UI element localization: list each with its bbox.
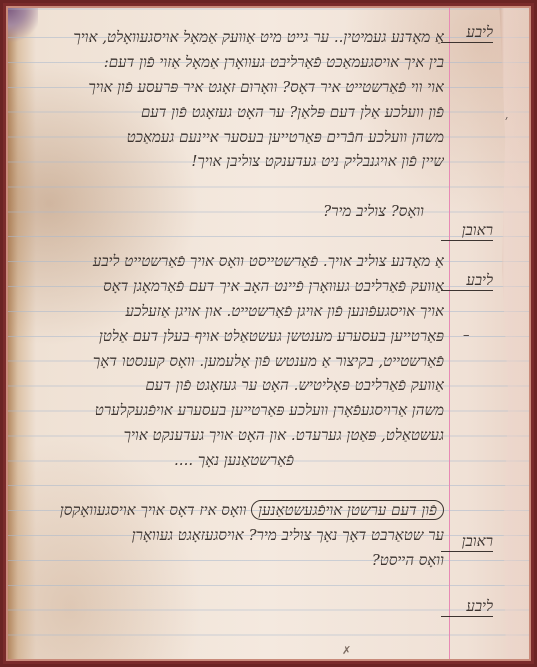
text-line: משהן וועלכע חבֿרים פּאַרטייען בעסער איינ… <box>20 125 444 150</box>
text-line: אַ מאָדנע געמיטין.. ער גייט מיט אַוועק א… <box>20 25 444 50</box>
margin-line <box>449 8 450 659</box>
speaker-label-reuven-2: ראובן <box>441 531 493 552</box>
notebook-page: ליבע ראובן ליבע ראובן ליבע ׳ – ✗ אַ מאָד… <box>8 8 529 659</box>
speaker-label-liebe-2: ליבע <box>441 270 493 291</box>
text-line: וואָס? צוליב מיר? <box>20 199 444 224</box>
speaker-label-reuven-1: ראובן <box>441 220 493 241</box>
text-line: פֿון דעם ערשטן אויפֿגעשטאַנען וואָס איז … <box>20 498 444 523</box>
text-line: שיין פֿון אויגנבליק ניט געדענקט צוליבן א… <box>20 149 444 174</box>
speaker-label-liebe-3: ליבע <box>441 596 493 617</box>
text-segment: וואָס איז דאָס אויך אויסגעוואָקסן <box>60 501 247 519</box>
text-line: געשטאַלט, פּאַטן גערעדט. און האָט אויך ג… <box>20 423 444 448</box>
dialogue-block-liebe-3: וואָס הייסט? <box>20 548 444 573</box>
text-line: פֿון וועלכע אַלן דעם פּלאַן? ער האָט געז… <box>20 100 444 125</box>
margin-dash: – <box>463 328 470 343</box>
dialogue-block-reuven-1: וואָס? צוליב מיר? <box>20 199 444 224</box>
dialogue-block-reuven-2: פֿון דעם ערשטן אויפֿגעשטאַנען וואָס איז … <box>20 498 444 548</box>
text-line: אַ מאָדנע צוליב אויך. פֿאַרשטייסט וואָס … <box>20 249 444 274</box>
text-line: פֿאַרשטייט, בקיצור אַ מענטש פֿון אַלעמען… <box>20 349 444 374</box>
text-line: אוי ווי פֿאַרשטייט איר דאָס? וואָרום זאָ… <box>20 75 444 100</box>
margin-mark: ׳ <box>505 112 508 128</box>
text-line: בין איך אויסגעמאַכט פֿאַרליבט געוואָרן א… <box>20 50 444 75</box>
text-line: אַוועק פֿאַרליבט פּאָליטיש. האָט ער געזא… <box>20 373 444 398</box>
circled-phrase: פֿון דעם ערשטן אויפֿגעשטאַנען <box>251 500 444 520</box>
text-line: אַוועק פֿאַרליבט געוואָרן פֿיינט האָב אי… <box>20 274 444 299</box>
speaker-label-liebe-1: ליבע <box>441 22 493 43</box>
text-line: אויך אויסגעפֿונען פֿון אויגן פֿאַרשטייט.… <box>20 299 444 324</box>
text-line: פֿאַרשטאַנען נאָך .... <box>20 448 444 473</box>
text-line: ער שטאַרבט דאָך נאָך צוליב מיר? אויסגעזא… <box>20 523 444 548</box>
text-line: פּאַרטייען בעסערע מענטשן געשטאַלט אויף ב… <box>20 324 444 349</box>
stray-pencil-mark: ✗ <box>342 644 351 657</box>
manuscript-text: אַ מאָדנע געמיטין.. ער גייט מיט אַוועק א… <box>20 25 444 573</box>
dialogue-block-liebe-2: אַ מאָדנע צוליב אויך. פֿאַרשטייסט וואָס … <box>20 249 444 473</box>
dialogue-block-liebe-1: אַ מאָדנע געמיטין.. ער גייט מיט אַוועק א… <box>20 25 444 174</box>
text-line: משהן אַרויסגעפֿאָרן וועלכע פּאַרטייען בע… <box>20 398 444 423</box>
text-line: וואָס הייסט? <box>20 548 444 573</box>
